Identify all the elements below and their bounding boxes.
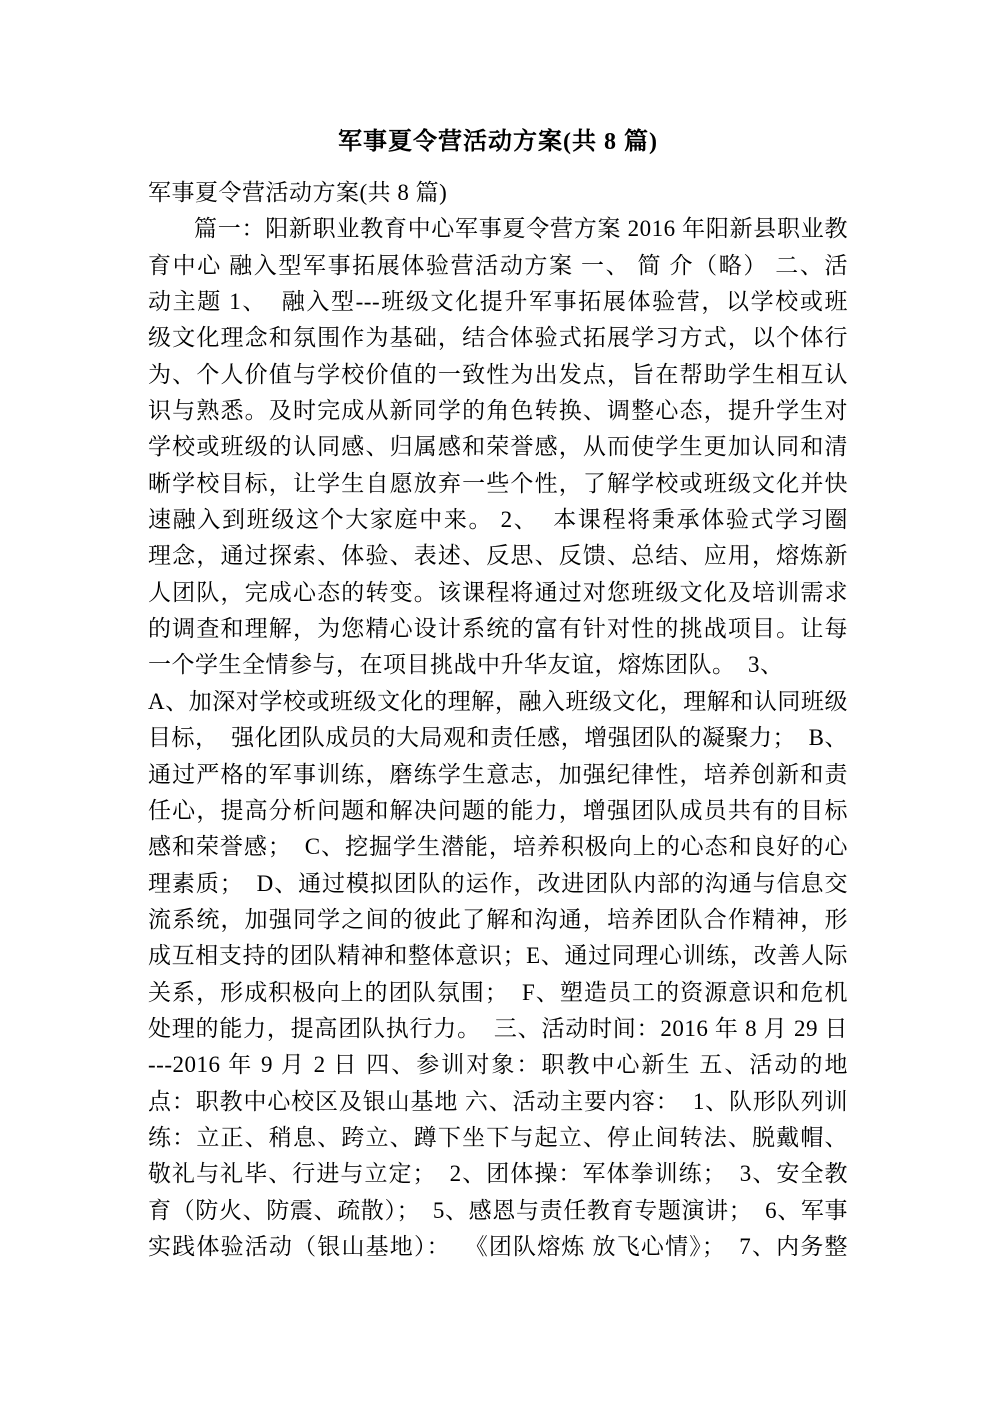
text-line: ---2016 年 9 月 2 日 四、参训对象：职教中心新生 五、活动的地: [148, 1047, 848, 1083]
text-line: 育中心 融入型军事拓展体验营活动方案 一、 简 介（略） 二、活: [148, 248, 848, 284]
document-page: 军事夏令营活动方案(共 8 篇) 军事夏令营活动方案(共 8 篇)篇一：阳新职业…: [0, 0, 993, 1404]
text-line: 通过严格的军事训练，磨练学生意志，加强纪律性，培养创新和责: [148, 757, 848, 793]
text-line: 动主题 1、 融入型---班级文化提升军事拓展体验营，以学校或班: [148, 284, 848, 320]
text-line: 处理的能力，提高团队执行力。 三、活动时间：2016 年 8 月 29 日: [148, 1011, 848, 1047]
text-line: 实践体验活动（银山基地）： 《团队熔炼 放飞心情》； 7、内务整: [148, 1229, 848, 1265]
text-line: 目标， 强化团队成员的大局观和责任感，增强团队的凝聚力； B、: [148, 720, 848, 756]
text-line: 流系统，加强同学之间的彼此了解和沟通，培养团队合作精神，形: [148, 902, 848, 938]
text-line: 练：立正、稍息、跨立、蹲下坐下与起立、停止间转法、脱戴帽、: [148, 1120, 848, 1156]
text-line: 识与熟悉。及时完成从新同学的角色转换、调整心态，提升学生对: [148, 393, 848, 429]
text-line: A、加深对学校或班级文化的理解，融入班级文化，理解和认同班级: [148, 684, 848, 720]
text-line: 一个学生全情参与，在项目挑战中升华友谊，熔炼团队。 3、: [148, 647, 848, 683]
text-line: 速融入到班级这个大家庭中来。 2、 本课程将秉承体验式学习圈: [148, 502, 848, 538]
text-line: 理念，通过探索、体验、表述、反思、反馈、总结、应用，熔炼新: [148, 538, 848, 574]
text-line: 的调查和理解，为您精心设计系统的富有针对性的挑战项目。让每: [148, 611, 848, 647]
text-line: 育（防火、防震、疏散）； 5、感恩与责任教育专题演讲； 6、军事: [148, 1193, 848, 1229]
text-line: 学校或班级的认同感、归属感和荣誉感，从而使学生更加认同和清: [148, 429, 848, 465]
text-line: 级文化理念和氛围作为基础，结合体验式拓展学习方式，以个体行: [148, 320, 848, 356]
text-line: 为、个人价值与学校价值的一致性为出发点，旨在帮助学生相互认: [148, 357, 848, 393]
text-line: 敬礼与礼毕、行进与立定； 2、团体操：军体拳训练； 3、安全教: [148, 1156, 848, 1192]
document-title: 军事夏令营活动方案(共 8 篇): [148, 127, 848, 157]
document-body: 军事夏令营活动方案(共 8 篇)篇一：阳新职业教育中心军事夏令营方案 2016 …: [148, 175, 848, 1265]
text-line: 感和荣誉感； C、挖掘学生潜能，培养积极向上的心态和良好的心: [148, 829, 848, 865]
text-line: 任心，提高分析问题和解决问题的能力，增强团队成员共有的目标: [148, 793, 848, 829]
text-line: 晰学校目标，让学生自愿放弃一些个性，了解学校或班级文化并快: [148, 466, 848, 502]
text-line: 篇一：阳新职业教育中心军事夏令营方案 2016 年阳新县职业教: [148, 211, 848, 247]
text-line: 理素质； D、通过模拟团队的运作，改进团队内部的沟通与信息交: [148, 866, 848, 902]
text-line: 成互相支持的团队精神和整体意识；E、通过同理心训练，改善人际: [148, 938, 848, 974]
text-line: 人团队，完成心态的转变。该课程将通过对您班级文化及培训需求: [148, 575, 848, 611]
text-line: 点：职教中心校区及银山基地 六、活动主要内容： 1、队形队列训: [148, 1084, 848, 1120]
text-line: 关系，形成积极向上的团队氛围； F、塑造员工的资源意识和危机: [148, 975, 848, 1011]
text-line: 军事夏令营活动方案(共 8 篇): [148, 175, 848, 211]
